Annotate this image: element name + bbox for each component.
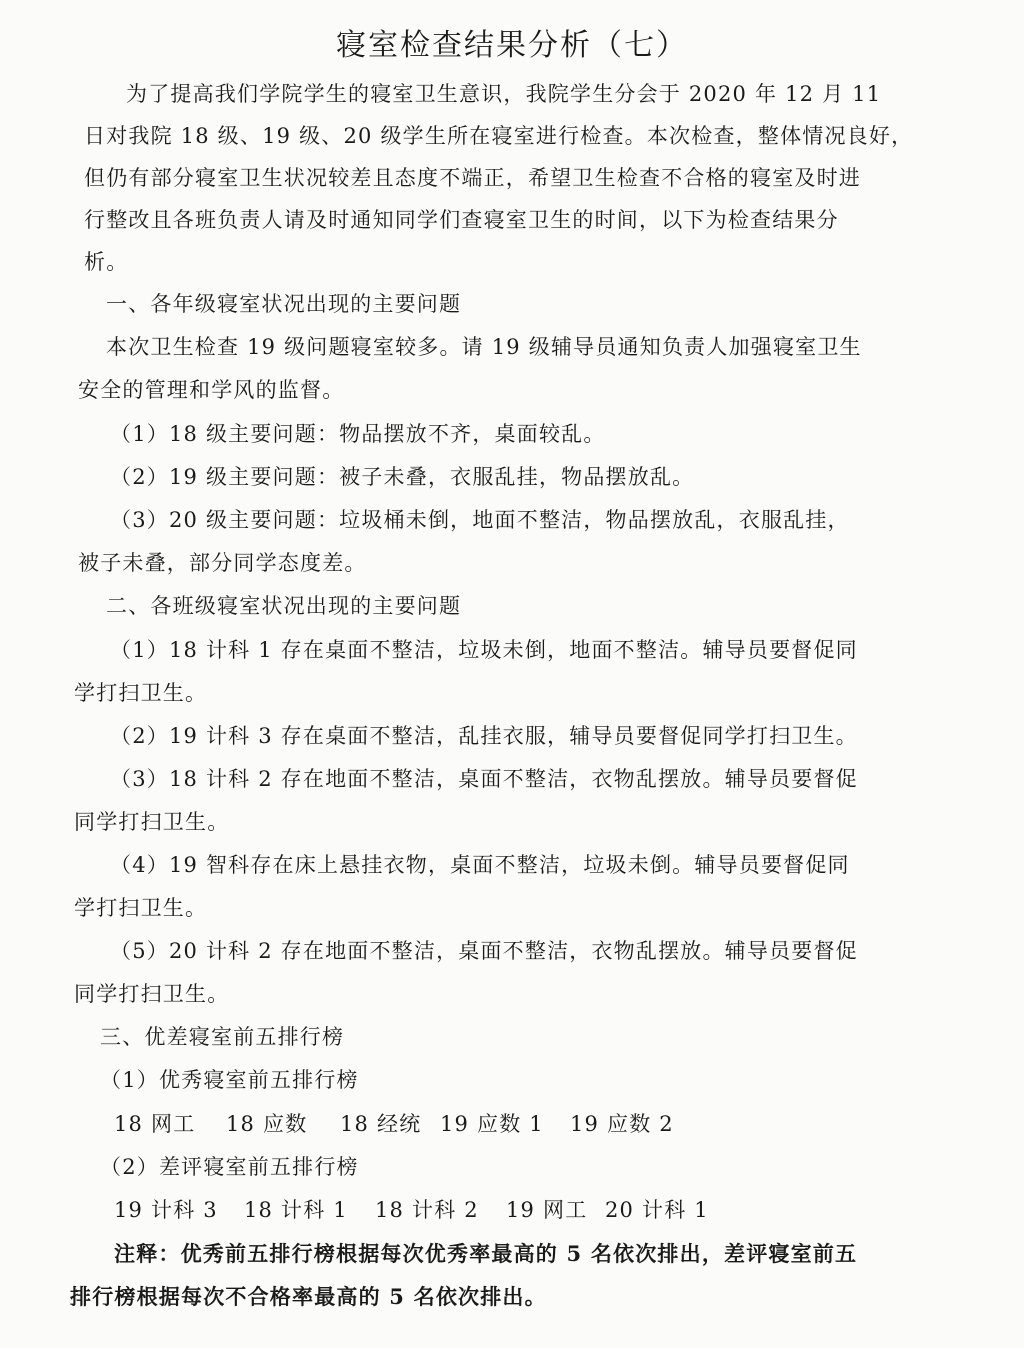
intro-line: 行整改且各班负责人请及时通知同学们查寝室卫生的时间，以下为检查结果分 <box>84 206 839 234</box>
class-issue-line: （5）20 计科 2 存在地面不整洁，桌面不整洁，衣物乱摆放。辅导员要督促 <box>110 937 858 965</box>
section1-summary-line: 本次卫生检查 19 级问题寝室较多。请 19 级辅导员通知负责人加强寝室卫生 <box>106 333 862 361</box>
class-issue-line: （4）19 智科存在床上悬挂衣物，桌面不整洁，垃圾未倒。辅导员要督促同 <box>110 851 850 879</box>
class-issue-line: 同学打扫卫生。 <box>74 808 229 836</box>
section1-summary-line: 安全的管理和学风的监督。 <box>78 376 344 404</box>
grade-issue-item: （3）20 级主要问题：垃圾桶未倒，地面不整洁，物品摆放乱，衣服乱挂， <box>110 506 850 534</box>
class-issue-line: （2）19 计科 3 存在桌面不整洁，乱挂衣服，辅导员要督促同学打扫卫生。 <box>110 722 858 750</box>
poor-rank-3: 18 计科 2 <box>375 1196 479 1224</box>
excellent-rank-2: 18 应数 <box>226 1110 307 1138</box>
poor-ranking-heading: （2）差评寝室前五排行榜 <box>100 1153 359 1181</box>
grade-issue-item: （1）18 级主要问题：物品摆放不齐，桌面较乱。 <box>110 420 606 448</box>
document-title: 寝室检查结果分析（七） <box>0 26 1024 66</box>
excellent-ranking-heading: （1）优秀寝室前五排行榜 <box>100 1066 359 1094</box>
poor-rank-4: 19 网工 <box>506 1196 587 1224</box>
poor-rank-5: 20 计科 1 <box>605 1196 709 1224</box>
grade-issue-item: （2）19 级主要问题：被子未叠，衣服乱挂，物品摆放乱。 <box>110 463 694 491</box>
intro-line: 为了提高我们学院学生的寝室卫生意识，我院学生分会于 2020 年 12 月 11 <box>126 80 881 108</box>
class-issue-line: （3）18 计科 2 存在地面不整洁，桌面不整洁，衣物乱摆放。辅导员要督促 <box>110 765 858 793</box>
excellent-rank-1: 18 网工 <box>114 1110 195 1138</box>
section-heading-rankings: 三、优差寝室前五排行榜 <box>100 1023 344 1051</box>
intro-line: 但仍有部分寝室卫生状况较差且态度不端正，希望卫生检查不合格的寝室及时进 <box>84 164 861 192</box>
ranking-note-line: 排行榜根据每次不合格率最高的 5 名依次排出。 <box>70 1283 547 1311</box>
section-heading-grade-issues: 一、各年级寝室状况出现的主要问题 <box>106 290 461 318</box>
excellent-rank-5: 19 应数 2 <box>570 1110 674 1138</box>
class-issue-line: （1）18 计科 1 存在桌面不整洁，垃圾未倒，地面不整洁。辅导员要督促同 <box>110 636 858 664</box>
class-issue-line: 学打扫卫生。 <box>74 679 207 707</box>
poor-rank-2: 18 计科 1 <box>244 1196 348 1224</box>
grade-issue-item: 被子未叠，部分同学态度差。 <box>78 549 367 577</box>
ranking-note-line: 注释：优秀前五排行榜根据每次优秀率最高的 5 名依次排出，差评寝室前五 <box>114 1240 857 1268</box>
excellent-rank-3: 18 经统 <box>340 1110 421 1138</box>
poor-rank-1: 19 计科 3 <box>114 1196 218 1224</box>
intro-line: 析。 <box>84 248 128 276</box>
class-issue-line: 同学打扫卫生。 <box>74 980 229 1008</box>
intro-line: 日对我院 18 级、19 级、20 级学生所在寝室进行检查。本次检查，整体情况良… <box>84 122 913 150</box>
document-page: 寝室检查结果分析（七） 为了提高我们学院学生的寝室卫生意识，我院学生分会于 20… <box>0 0 1024 1348</box>
section-heading-class-issues: 二、各班级寝室状况出现的主要问题 <box>106 592 461 620</box>
class-issue-line: 学打扫卫生。 <box>74 894 207 922</box>
excellent-rank-4: 19 应数 1 <box>440 1110 544 1138</box>
